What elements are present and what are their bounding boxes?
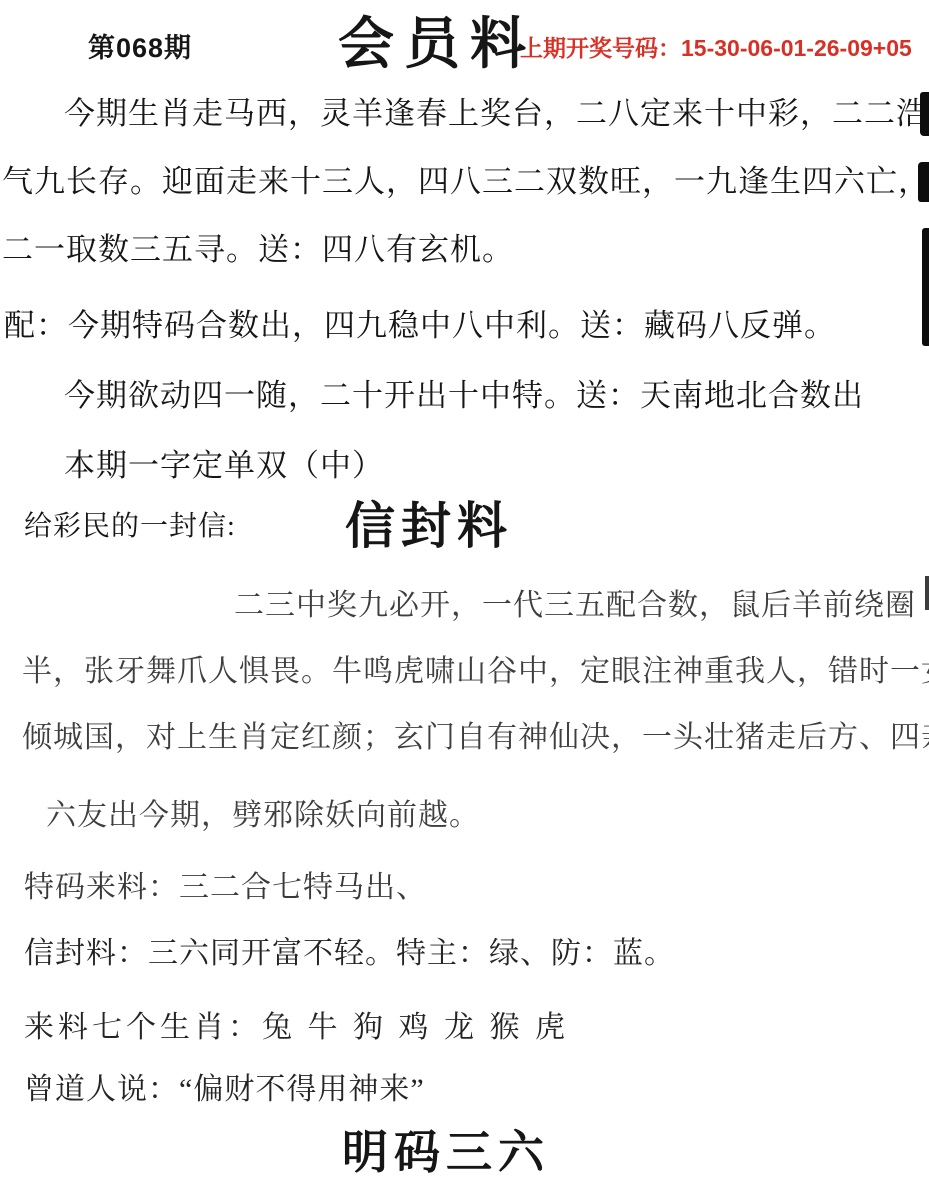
footer-title: 明码三六	[342, 1116, 550, 1182]
page-title: 会员料	[338, 0, 536, 80]
scanned-tip-sheet: 第068期 会员料 上期开奖号码：15-30-06-01-26-09+05 今期…	[0, 0, 929, 1183]
poem1-line-6: 本期一字定单双（中）	[64, 440, 384, 485]
scan-edge-artifact	[920, 92, 929, 136]
zodiac-tip: 来料七个生肖：兔 牛 狗 鸡 龙 猴 虎	[24, 1002, 569, 1046]
letter-line-3: 倾城国，对上生肖定红颜；玄门自有神仙决，一头壮猪走后方、四亲	[22, 712, 929, 756]
scan-edge-artifact	[918, 162, 929, 202]
letter-section-title: 信封料	[345, 486, 513, 558]
envelope-tip: 信封料：三六同开富不轻。特主：绿、防：蓝。	[24, 928, 675, 972]
letter-label: 给彩民的一封信:	[24, 504, 236, 544]
special-code-tip: 特码来料：三二合七特马出、	[24, 862, 427, 906]
scan-edge-artifact	[925, 576, 929, 610]
poem1-line-5: 今期欲动四一随，二十开出十中特。送：天南地北合数出	[64, 370, 864, 415]
last-draw-numbers: 上期开奖号码：15-30-06-01-26-09+05	[520, 30, 912, 63]
poem1-line-3: 二一取数三五寻。送：四八有玄机。	[2, 224, 514, 269]
issue-number: 第068期	[88, 26, 192, 65]
poem1-line-2: 气九长存。迎面走来十三人，四八三二双数旺，一九逢生四六亡，	[2, 156, 929, 201]
scan-edge-artifact	[922, 228, 929, 346]
poem1-line-4: 配：今期特码合数出，四九稳中八中利。送：藏码八反弹。	[4, 300, 836, 345]
letter-line-1: 二三中奖九必开，一代三五配合数，鼠后羊前绕圈	[234, 580, 916, 624]
letter-line-4: 六友出今期，劈邪除妖向前越。	[46, 790, 480, 834]
letter-line-2: 半，张牙舞爪人惧畏。牛鸣虎啸山谷中，定眼注神重我人，错时一女	[22, 646, 929, 690]
quote-line: 曾道人说：“偏财不得用神来”	[24, 1064, 425, 1108]
poem1-line-1: 今期生肖走马西，灵羊逢春上奖台，二八定来十中彩，二二浩	[64, 88, 928, 133]
